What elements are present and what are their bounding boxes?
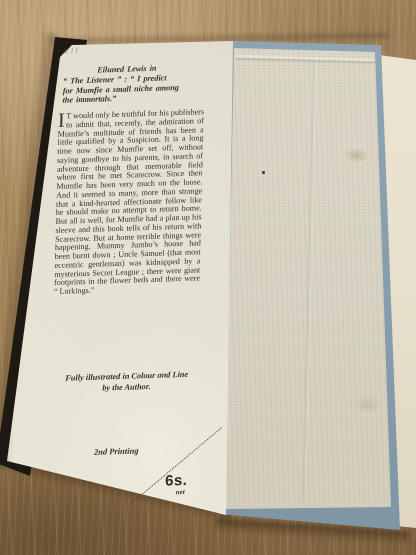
stain-mark <box>344 148 368 163</box>
printing-note: 2nd Printing <box>94 445 139 456</box>
price-block: 6s. net <box>165 472 188 497</box>
blurb-paragraph: IT would only be truthful for his publis… <box>54 108 204 297</box>
ink-speck <box>262 171 265 174</box>
photo-of-book-on-table: VII Eiluned Lewis in “ The Listener ” : … <box>0 0 416 555</box>
review-quote: Eiluned Lewis in “ The Listener ” : “ I … <box>62 62 197 105</box>
pencil-inscription: VII <box>64 46 81 57</box>
illustration-note: Fully illustrated in Colour and Line by … <box>47 369 205 395</box>
price-net-label: net <box>176 488 188 496</box>
flap-printed-text: VII Eiluned Lewis in “ The Listener ” : … <box>38 35 260 542</box>
price-shillings: 6s. <box>165 472 188 490</box>
stain-mark <box>354 396 382 414</box>
stain-mark <box>52 488 62 495</box>
